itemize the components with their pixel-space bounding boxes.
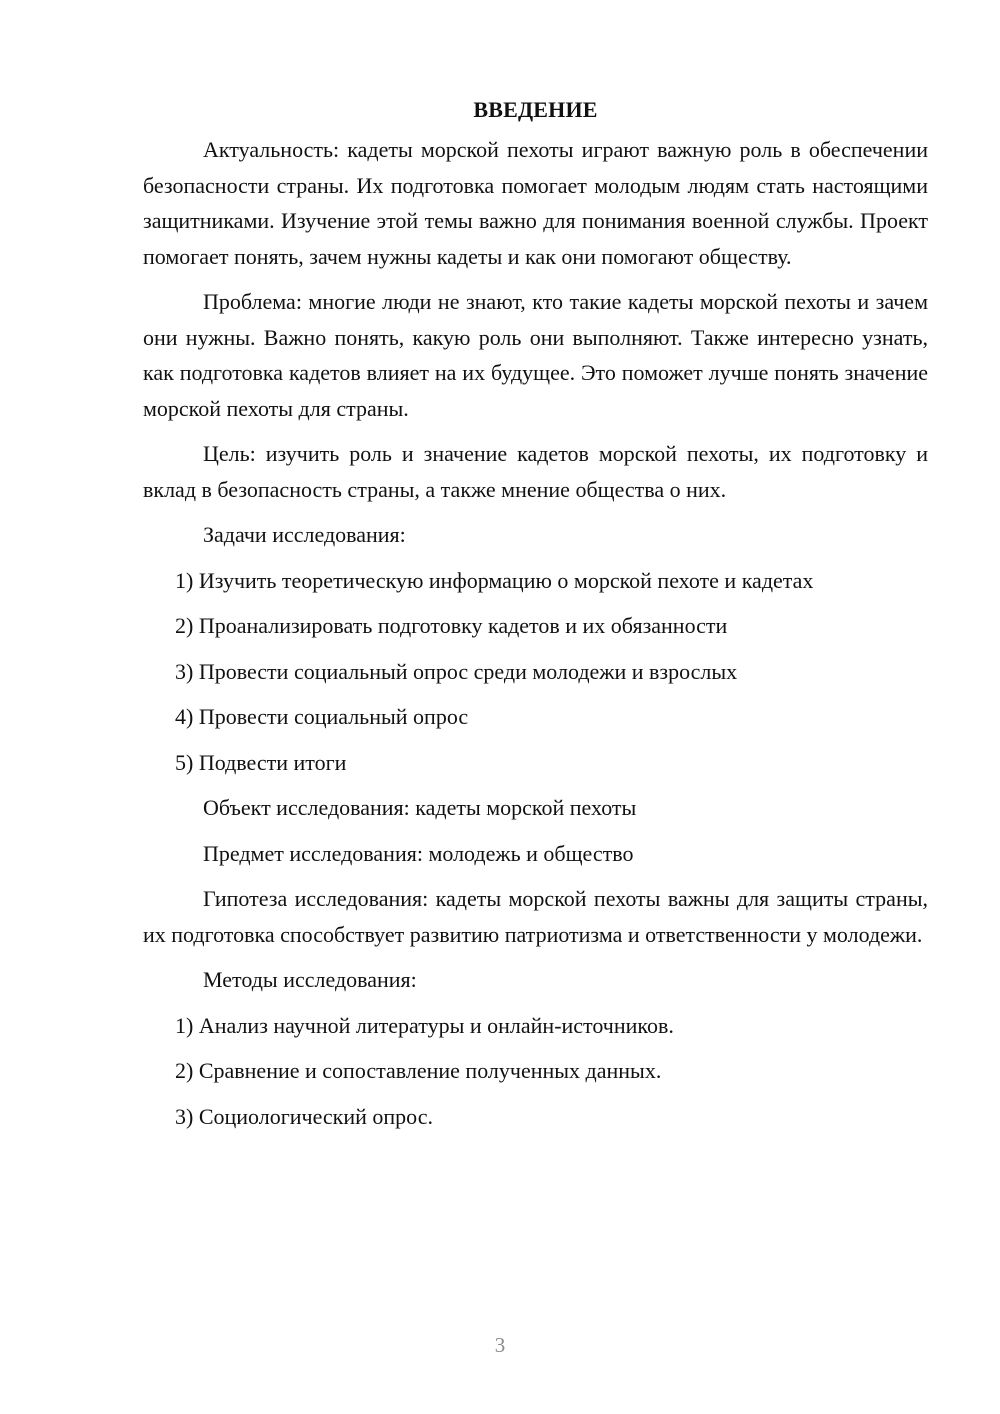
research-subject: Предмет исследования: молодежь и обществ… [143, 836, 928, 872]
research-hypothesis: Гипотеза исследования: кадеты морской пе… [143, 881, 928, 952]
page-number: 3 [0, 1333, 1000, 1358]
research-object: Объект исследования: кадеты морской пехо… [143, 790, 928, 826]
list-item: 1) Анализ научной литературы и онлайн-ис… [143, 1008, 928, 1044]
document-page: ВВЕДЕНИЕ Актуальность: кадеты морской пе… [143, 96, 928, 1144]
tasks-heading: Задачи исследования: [143, 517, 928, 553]
tasks-list: 1) Изучить теоретическую информацию о мо… [143, 563, 928, 781]
list-item: 5) Подвести итоги [143, 745, 928, 781]
section-title: ВВЕДЕНИЕ [143, 96, 928, 124]
methods-list: 1) Анализ научной литературы и онлайн-ис… [143, 1008, 928, 1135]
list-item: 3) Провести социальный опрос среди молод… [143, 654, 928, 690]
paragraph-goal: Цель: изучить роль и значение кадетов мо… [143, 436, 928, 507]
list-item: 3) Социологический опрос. [143, 1099, 928, 1135]
paragraph-relevance: Актуальность: кадеты морской пехоты игра… [143, 132, 928, 274]
list-item: 2) Сравнение и сопоставление полученных … [143, 1053, 928, 1089]
methods-heading: Методы исследования: [143, 962, 928, 998]
list-item: 4) Провести социальный опрос [143, 699, 928, 735]
list-item: 1) Изучить теоретическую информацию о мо… [143, 563, 928, 599]
list-item: 2) Проанализировать подготовку кадетов и… [143, 608, 928, 644]
paragraph-problem: Проблема: многие люди не знают, кто таки… [143, 284, 928, 426]
